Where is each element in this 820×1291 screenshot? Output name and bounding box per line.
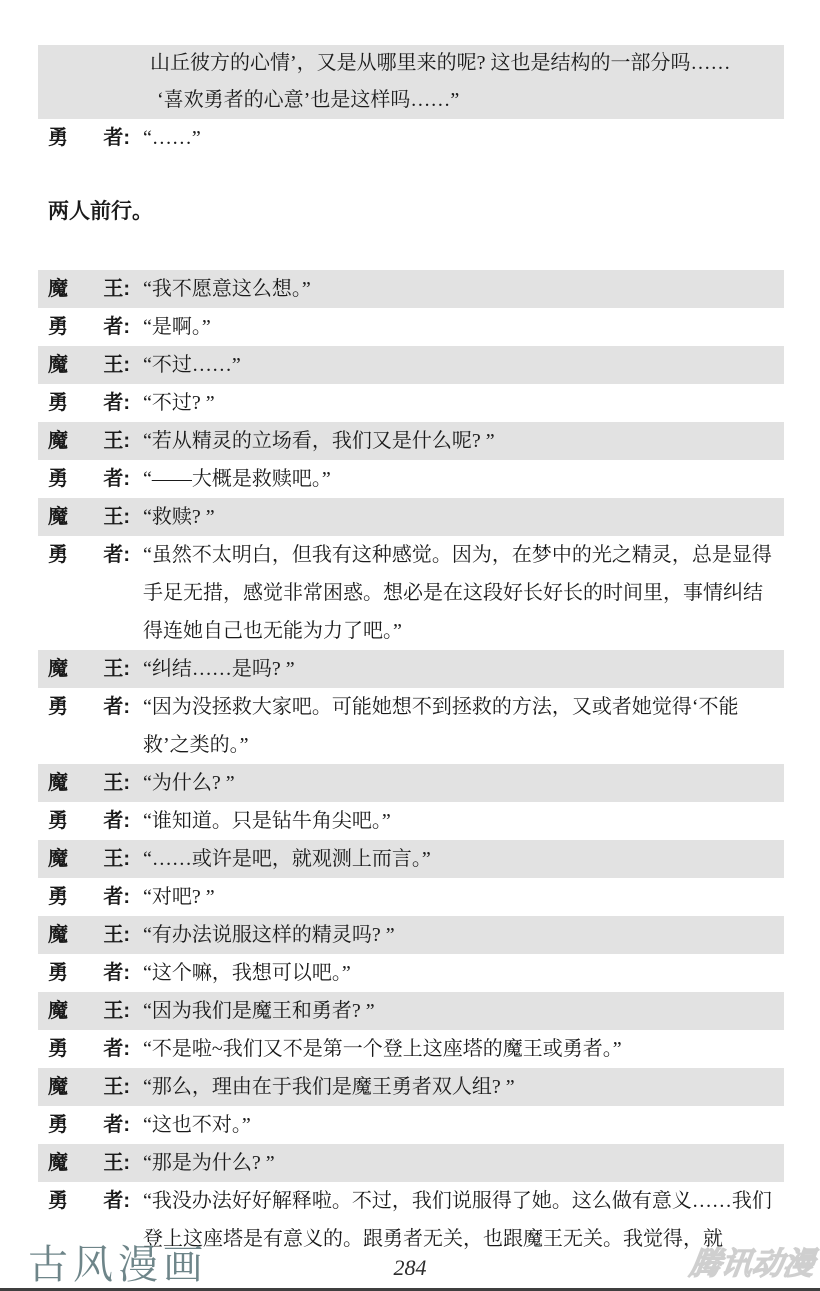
speaker-char-1: 魔 bbox=[48, 422, 68, 460]
speaker-name: 魔 王: bbox=[38, 498, 143, 536]
speaker-name: 勇 者: bbox=[38, 878, 143, 916]
dialogue-row: 勇 者: “因为没拯救大家吧。可能她想不到拯救的方法，又或者她觉得‘不能救’之类… bbox=[38, 688, 784, 764]
speaker-char-2: 王: bbox=[103, 764, 143, 802]
dialogue-text: “因为我们是魔王和勇者? ” bbox=[143, 992, 784, 1030]
speaker-char-2: 者: bbox=[103, 954, 143, 992]
dialogue-text: “谁知道。只是钻牛角尖吧。” bbox=[143, 802, 784, 840]
speaker-char-2: 王: bbox=[103, 1068, 143, 1106]
dialogue-text: “救赎? ” bbox=[143, 498, 784, 536]
pre-dialogue-list: 勇 者: “……” bbox=[38, 119, 784, 157]
speaker-char-2: 王: bbox=[103, 346, 143, 384]
speaker-char-1: 勇 bbox=[48, 308, 68, 346]
speaker-char-1: 魔 bbox=[48, 346, 68, 384]
speaker-name: 魔 王: bbox=[38, 422, 143, 460]
speaker-char-2: 者: bbox=[103, 878, 143, 916]
speaker-char-2: 者: bbox=[103, 119, 143, 157]
dialogue-text: “虽然不太明白，但我有这种感觉。因为，在梦中的光之精灵，总是显得手足无措，感觉非… bbox=[143, 536, 784, 650]
dialogue-row: 魔 王: “纠结……是吗? ” bbox=[38, 650, 784, 688]
speaker-char-1: 勇 bbox=[48, 536, 68, 574]
speaker-char-1: 勇 bbox=[48, 954, 68, 992]
speaker-name: 勇 者: bbox=[38, 536, 143, 574]
speaker-name: 魔 王: bbox=[38, 916, 143, 954]
dialogue-text: “若从精灵的立场看，我们又是什么呢? ” bbox=[143, 422, 784, 460]
speaker-char-2: 王: bbox=[103, 992, 143, 1030]
speaker-name: 魔 王: bbox=[38, 764, 143, 802]
dialogue-row: 魔 王: “若从精灵的立场看，我们又是什么呢? ” bbox=[38, 422, 784, 460]
speaker-name: 魔 王: bbox=[38, 650, 143, 688]
speaker-char-2: 王: bbox=[103, 270, 143, 308]
speaker-name: 勇 者: bbox=[38, 1182, 143, 1220]
dialogue-row: 勇 者: “……” bbox=[38, 119, 784, 157]
speaker-char-1: 魔 bbox=[48, 1144, 68, 1182]
dialogue-text: “不过? ” bbox=[143, 384, 784, 422]
speaker-char-1: 魔 bbox=[48, 270, 68, 308]
speaker-name: 魔 王: bbox=[38, 346, 143, 384]
speaker-name: 勇 者: bbox=[38, 954, 143, 992]
speaker-name: 魔 王: bbox=[38, 270, 143, 308]
speaker-char-2: 者: bbox=[103, 1030, 143, 1068]
dialogue-text: “那是为什么? ” bbox=[143, 1144, 784, 1182]
speaker-char-2: 者: bbox=[103, 688, 143, 726]
dialogue-text: “对吧? ” bbox=[143, 878, 784, 916]
speaker-name: 勇 者: bbox=[38, 119, 143, 157]
dialogue-row: 魔 王: “那是为什么? ” bbox=[38, 1144, 784, 1182]
dialogue-row: 勇 者: “这个嘛，我想可以吧。” bbox=[38, 954, 784, 992]
speaker-char-2: 者: bbox=[103, 1182, 143, 1220]
speaker-char-1: 勇 bbox=[48, 1030, 68, 1068]
dialogue-row: 勇 者: “是啊。” bbox=[38, 308, 784, 346]
speaker-char-1: 魔 bbox=[48, 1068, 68, 1106]
dialogue-text: “不过……” bbox=[143, 346, 784, 384]
speaker-char-2: 者: bbox=[103, 384, 143, 422]
watermark-logo: 腾讯动漫 bbox=[688, 1247, 817, 1281]
speaker-char-1: 勇 bbox=[48, 460, 68, 498]
speaker-char-2: 王: bbox=[103, 1144, 143, 1182]
dialogue-text: “是啊。” bbox=[143, 308, 784, 346]
dialogue-row: 魔 王: “不过……” bbox=[38, 346, 784, 384]
dialogue-list: 魔 王: “我不愿意这么想。” 勇 者: “是啊。” 魔 王: “不过……” 勇… bbox=[38, 270, 784, 1258]
dialogue-text: “……或许是吧，就观测上而言。” bbox=[143, 840, 784, 878]
dialogue-text: “我没办法好好解释啦。不过，我们说服得了她。这么做有意义……我们登上这座塔是有意… bbox=[143, 1182, 784, 1258]
dialogue-text: “那么，理由在于我们是魔王勇者双人组? ” bbox=[143, 1068, 784, 1106]
speaker-char-1: 魔 bbox=[48, 992, 68, 1030]
continuation-line: 山丘彼方的心情’，又是从哪里来的呢? 这也是结构的一部分吗…… bbox=[38, 45, 784, 82]
speaker-char-1: 勇 bbox=[48, 384, 68, 422]
dialogue-row: 勇 者: “虽然不太明白，但我有这种感觉。因为，在梦中的光之精灵，总是显得手足无… bbox=[38, 536, 784, 650]
dialogue-text: “为什么? ” bbox=[143, 764, 784, 802]
scene-heading: 两人前行。 bbox=[48, 199, 784, 225]
speaker-char-1: 魔 bbox=[48, 764, 68, 802]
dialogue-row: 勇 者: “这也不对。” bbox=[38, 1106, 784, 1144]
dialogue-text: “不是啦~我们又不是第一个登上这座塔的魔王或勇者。” bbox=[143, 1030, 784, 1068]
speaker-char-2: 王: bbox=[103, 650, 143, 688]
speaker-name: 勇 者: bbox=[38, 384, 143, 422]
speaker-name: 勇 者: bbox=[38, 460, 143, 498]
dialogue-row: 勇 者: “谁知道。只是钻牛角尖吧。” bbox=[38, 802, 784, 840]
speaker-char-1: 勇 bbox=[48, 1106, 68, 1144]
speaker-name: 勇 者: bbox=[38, 1106, 143, 1144]
dialogue-row: 魔 王: “为什么? ” bbox=[38, 764, 784, 802]
speaker-char-1: 魔 bbox=[48, 916, 68, 954]
dialogue-row: 勇 者: “——大概是救赎吧。” bbox=[38, 460, 784, 498]
speaker-char-2: 者: bbox=[103, 1106, 143, 1144]
speaker-name: 魔 王: bbox=[38, 1068, 143, 1106]
speaker-char-1: 勇 bbox=[48, 878, 68, 916]
continuation-line: ‘喜欢勇者的心意’也是这样吗……” bbox=[38, 82, 784, 119]
speaker-name: 勇 者: bbox=[38, 688, 143, 726]
book-page: 山丘彼方的心情’，又是从哪里来的呢? 这也是结构的一部分吗…… ‘喜欢勇者的心意… bbox=[0, 0, 820, 1291]
speaker-char-1: 魔 bbox=[48, 840, 68, 878]
dialogue-text: “——大概是救赎吧。” bbox=[143, 460, 784, 498]
speaker-name: 勇 者: bbox=[38, 802, 143, 840]
speaker-name: 勇 者: bbox=[38, 1030, 143, 1068]
dialogue-text: “有办法说服这样的精灵吗? ” bbox=[143, 916, 784, 954]
speaker-name: 魔 王: bbox=[38, 1144, 143, 1182]
dialogue-row: 勇 者: “不过? ” bbox=[38, 384, 784, 422]
dialogue-text: “……” bbox=[143, 119, 784, 157]
speaker-name: 魔 王: bbox=[38, 992, 143, 1030]
speaker-char-2: 者: bbox=[103, 802, 143, 840]
speaker-char-2: 王: bbox=[103, 916, 143, 954]
dialogue-row: 勇 者: “对吧? ” bbox=[38, 878, 784, 916]
dialogue-row: 魔 王: “有办法说服这样的精灵吗? ” bbox=[38, 916, 784, 954]
dialogue-row: 魔 王: “因为我们是魔王和勇者? ” bbox=[38, 992, 784, 1030]
dialogue-text: “这也不对。” bbox=[143, 1106, 784, 1144]
speaker-char-2: 王: bbox=[103, 840, 143, 878]
speaker-name: 魔 王: bbox=[38, 840, 143, 878]
speaker-char-1: 勇 bbox=[48, 1182, 68, 1220]
dialogue-text: “我不愿意这么想。” bbox=[143, 270, 784, 308]
speaker-char-1: 勇 bbox=[48, 119, 68, 157]
speaker-char-2: 王: bbox=[103, 498, 143, 536]
dialogue-row: 魔 王: “……或许是吧，就观测上而言。” bbox=[38, 840, 784, 878]
dialogue-text: “因为没拯救大家吧。可能她想不到拯救的方法，又或者她觉得‘不能救’之类的。” bbox=[143, 688, 784, 764]
dialogue-text: “纠结……是吗? ” bbox=[143, 650, 784, 688]
speaker-char-2: 者: bbox=[103, 460, 143, 498]
dialogue-row: 魔 王: “我不愿意这么想。” bbox=[38, 270, 784, 308]
speaker-char-1: 魔 bbox=[48, 650, 68, 688]
dialogue-row: 魔 王: “救赎? ” bbox=[38, 498, 784, 536]
dialogue-text: “这个嘛，我想可以吧。” bbox=[143, 954, 784, 992]
speaker-char-2: 者: bbox=[103, 308, 143, 346]
dialogue-row: 勇 者: “不是啦~我们又不是第一个登上这座塔的魔王或勇者。” bbox=[38, 1030, 784, 1068]
continuation-paragraph: 山丘彼方的心情’，又是从哪里来的呢? 这也是结构的一部分吗…… ‘喜欢勇者的心意… bbox=[38, 45, 784, 119]
speaker-name: 勇 者: bbox=[38, 308, 143, 346]
dialogue-row: 魔 王: “那么，理由在于我们是魔王勇者双人组? ” bbox=[38, 1068, 784, 1106]
speaker-char-2: 王: bbox=[103, 422, 143, 460]
speaker-char-1: 勇 bbox=[48, 688, 68, 726]
speaker-char-1: 魔 bbox=[48, 498, 68, 536]
speaker-char-2: 者: bbox=[103, 536, 143, 574]
speaker-char-1: 勇 bbox=[48, 802, 68, 840]
